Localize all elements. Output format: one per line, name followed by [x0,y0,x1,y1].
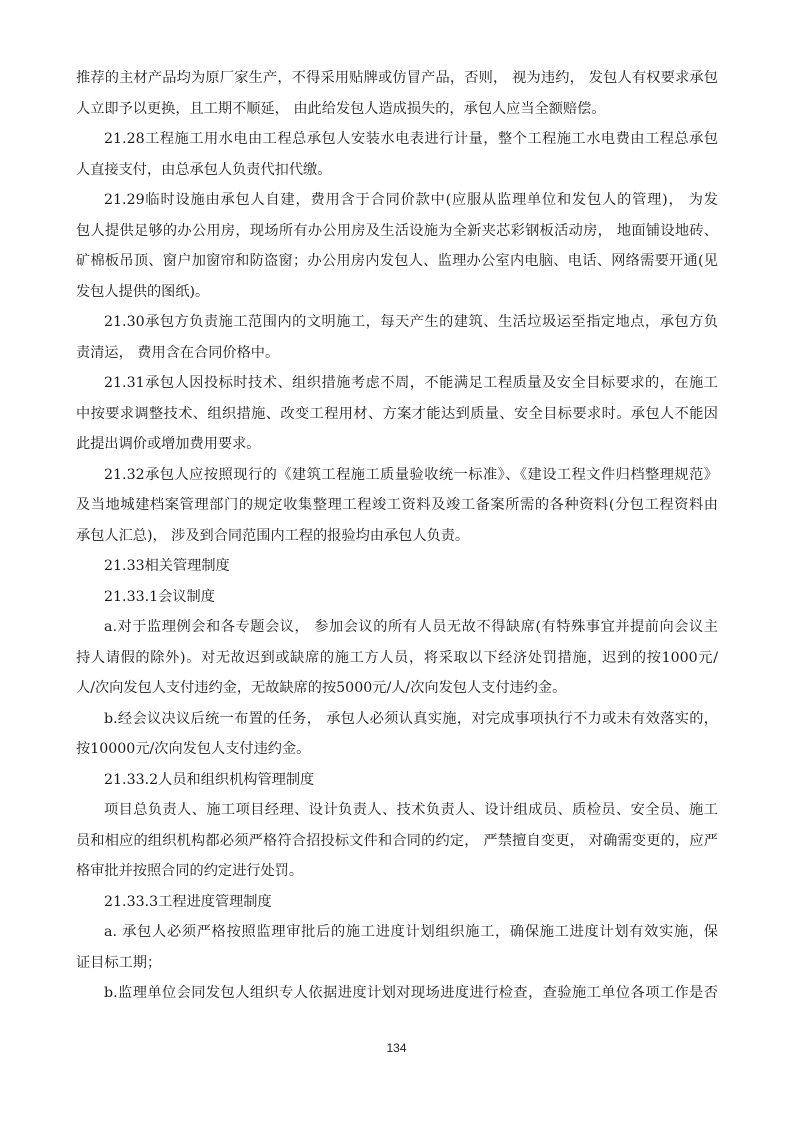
text-line: 此提出调价或增加费用要求。 [76,429,718,460]
text-line: 21.33.3工程进度管理制度 [76,887,718,918]
text-line: 中按要求调整技术、组织措施、改变工程用材、方案才能达到质量、安全目标要求时。承包… [76,399,718,430]
text-line: 21.28工程施工用水电由工程总承包人安装水电表进行计量，整个工程施工水电费由工… [76,124,718,155]
paragraph: a.对于监理例会和各专题会议， 参加会议的所有人员无故不得缺席(有特殊事宜并提前… [76,612,718,704]
paragraph: a. 承包人必须严格按照监理审批后的施工进度计划组织施工，确保施工进度计划有效实… [76,917,718,978]
text-line: 21.31承包人因投标时技术、组织措施考虑不周，不能满足工程质量及安全目标要求的… [76,368,718,399]
text-line: a.对于监理例会和各专题会议， 参加会议的所有人员无故不得缺席(有特殊事宜并提前… [76,612,718,643]
paragraph: 21.28工程施工用水电由工程总承包人安装水电表进行计量，整个工程施工水电费由工… [76,124,718,185]
text-line: 21.29临时设施由承包人自建，费用含于合同价款中(应服从监理单位和发包人的管理… [76,185,718,216]
text-line: 项目总负责人、施工项目经理、设计负责人、技术负责人、设计组成员、质检员、安全员、… [76,795,718,826]
text-line: a. 承包人必须严格按照监理审批后的施工进度计划组织施工，确保施工进度计划有效实… [76,917,718,948]
text-line: 21.32承包人应按照现行的《建筑工程施工质量验收统一标准》、《建设工程文件归档… [76,460,718,491]
text-line: 包人提供足够的办公用房，现场所有办公用房及生活设施为全新夹芯彩钢板活动房， 地面… [76,216,718,247]
text-line: 21.30承包方负责施工范围内的文明施工，每天产生的建筑、生活垃圾运至指定地点，… [76,307,718,338]
text-line: 人直接支付，由总承包人负责代扣代缴。 [76,155,718,186]
text-line: 证目标工期； [76,948,718,979]
document-page-body: 推荐的主材产品均为原厂家生产，不得采用贴牌或仿冒产品，否则， 视为违约， 发包人… [76,63,718,1009]
text-line: 承包人汇总)， 涉及到合同范围内工程的报验均由承包人负责。 [76,521,718,552]
text-line: 人立即予以更换，且工期不顺延， 由此给发包人造成损失的，承包人应当全额赔偿。 [76,94,718,125]
text-line: 人/次向发包人支付违约金，无故缺席的按5000元/人/次向发包人支付违约金。 [76,673,718,704]
paragraph: 21.33.2人员和组织机构管理制度 [76,765,718,796]
paragraph: b.监理单位会同发包人组织专人依据进度计划对现场进度进行检查，查验施工单位各项工… [76,978,718,1009]
text-line: 矿棉板吊顶、窗户加窗帘和防盗窗；办公用房内发包人、监理办公室内电脑、电话、网络需… [76,246,718,277]
text-line: 发包人提供的图纸)。 [76,277,718,308]
text-line: 21.33.1会议制度 [76,582,718,613]
text-line: 推荐的主材产品均为原厂家生产，不得采用贴牌或仿冒产品，否则， 视为违约， 发包人… [76,63,718,94]
paragraph: 21.29临时设施由承包人自建，费用含于合同价款中(应服从监理单位和发包人的管理… [76,185,718,307]
text-line: b.经会议决议后统一布置的任务， 承包人必须认真实施，对完成事项执行不力或未有效… [76,704,718,735]
paragraph: 21.33.1会议制度 [76,582,718,613]
paragraph: 项目总负责人、施工项目经理、设计负责人、技术负责人、设计组成员、质检员、安全员、… [76,795,718,887]
text-line: 按10000元/次向发包人支付违约金。 [76,734,718,765]
paragraph: 21.33相关管理制度 [76,551,718,582]
text-line: b.监理单位会同发包人组织专人依据进度计划对现场进度进行检查，查验施工单位各项工… [76,978,718,1009]
text-line: 员和相应的组织机构都必须严格符合招投标文件和合同的约定， 严禁擅自变更， 对确需… [76,826,718,857]
text-line: 持人请假的除外)。对无故迟到或缺席的施工方人员，将采取以下经济处罚措施，迟到的按… [76,643,718,674]
paragraph: 21.32承包人应按照现行的《建筑工程施工质量验收统一标准》、《建设工程文件归档… [76,460,718,552]
paragraph: 21.31承包人因投标时技术、组织措施考虑不周，不能满足工程质量及安全目标要求的… [76,368,718,460]
paragraph: 21.30承包方负责施工范围内的文明施工，每天产生的建筑、生活垃圾运至指定地点，… [76,307,718,368]
text-line: 责清运， 费用含在合同价格中。 [76,338,718,369]
paragraph: 推荐的主材产品均为原厂家生产，不得采用贴牌或仿冒产品，否则， 视为违约， 发包人… [76,63,718,124]
page-number: 134 [0,1041,793,1055]
text-line: 21.33.2人员和组织机构管理制度 [76,765,718,796]
paragraph: b.经会议决议后统一布置的任务， 承包人必须认真实施，对完成事项执行不力或未有效… [76,704,718,765]
text-line: 及当地城建档案管理部门的规定收集整理工程竣工资料及竣工备案所需的各种资料(分包工… [76,490,718,521]
text-line: 格审批并按照合同的约定进行处罚。 [76,856,718,887]
text-line: 21.33相关管理制度 [76,551,718,582]
paragraph: 21.33.3工程进度管理制度 [76,887,718,918]
